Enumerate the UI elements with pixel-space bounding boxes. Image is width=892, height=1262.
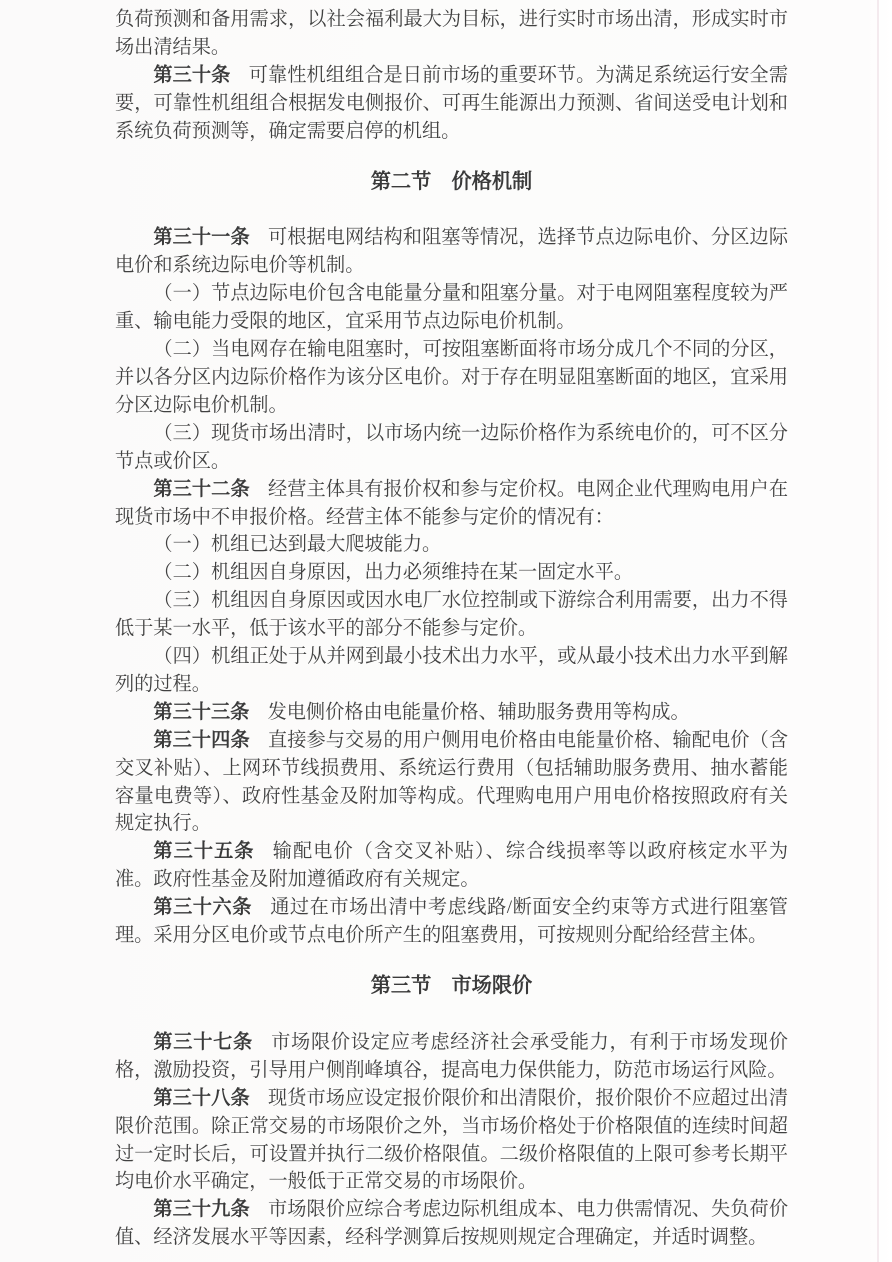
paragraph-text: （三）机组因自身原因或因水电厂水位控制或下游综合利用需要，出力不得低于某一水平，… [115, 590, 788, 639]
article-38: 第三十八条现货市场应设定报价限价和出清限价，报价限价不应超过出清限价范围。除正常… [115, 1085, 788, 1197]
article-37: 第三十七条市场限价设定应考虑经济社会承受能力，有利于市场发现价格，激励投资，引导… [115, 1029, 788, 1085]
paragraph-text: （二）机组因自身原因，出力必须维持在某一固定水平。 [153, 562, 633, 583]
article-31-item-1: （一）节点边际电价包含电能量分量和阻塞分量。对于电网阻塞程度较为严重、输电能力受… [115, 280, 788, 336]
article-number: 第三十二条 [153, 479, 249, 500]
paragraph-text: （三）现货市场出清时，以市场内统一边际价格作为系统电价的，可不区分节点或价区。 [115, 423, 788, 472]
article-32-item-4: （四）机组正处于从并网到最小技术出力水平，或从最小技术出力水平到解列的过程。 [115, 643, 788, 699]
article-36: 第三十六条通过在市场出清中考虑线路/断面安全约束等方式进行阻塞管理。采用分区电价… [115, 894, 788, 950]
section-3-heading: 第三节 市场限价 [115, 973, 788, 1001]
article-number: 第三十四条 [153, 730, 249, 751]
document-page: 负荷预测和备用需求，以社会福利最大为目标，进行实时市场出清，形成实时市场出清结果… [0, 0, 892, 1262]
article-number: 第三十九条 [153, 1199, 249, 1220]
article-32-item-3: （三）机组因自身原因或因水电厂水位控制或下游综合利用需要，出力不得低于某一水平，… [115, 587, 788, 643]
paragraph-text: （四）机组正处于从并网到最小技术出力水平，或从最小技术出力水平到解列的过程。 [115, 646, 788, 695]
paragraph-text: 发电侧价格由电能量价格、辅助服务费用等构成。 [268, 702, 690, 723]
article-31: 第三十一条可根据电网结构和阻塞等情况，选择节点边际电价、分区边际电价和系统边际电… [115, 224, 788, 280]
page-edge-line [877, 0, 879, 1262]
paragraph-text: （二）当电网存在输电阻塞时，可按阻塞断面将市场分成几个不同的分区，并以各分区内边… [115, 339, 788, 416]
article-31-item-3: （三）现货市场出清时，以市场内统一边际价格作为系统电价的，可不区分节点或价区。 [115, 420, 788, 476]
article-number: 第三十条 [153, 65, 230, 86]
article-30: 第三十条可靠性机组组合是日前市场的重要环节。为满足系统运行安全需要，可靠性机组组… [115, 62, 788, 146]
paragraph-text: （一）机组已达到最大爬坡能力。 [153, 534, 441, 555]
article-32-item-2: （二）机组因自身原因，出力必须维持在某一固定水平。 [115, 559, 788, 587]
paragraph-text: 负荷预测和备用需求，以社会福利最大为目标，进行实时市场出清，形成实时市场出清结果… [115, 9, 788, 58]
article-35: 第三十五条输配电价（含交叉补贴）、综合线损率等以政府核定水平为准。政府性基金及附… [115, 838, 788, 894]
article-32: 第三十二条经营主体具有报价权和参与定价权。电网企业代理购电用户在现货市场中不申报… [115, 476, 788, 532]
document-body: 负荷预测和备用需求，以社会福利最大为目标，进行实时市场出清，形成实时市场出清结果… [115, 6, 788, 1252]
article-number: 第三十三条 [153, 702, 249, 723]
article-number: 第三十五条 [153, 841, 254, 862]
article-33: 第三十三条发电侧价格由电能量价格、辅助服务费用等构成。 [115, 699, 788, 727]
article-31-item-2: （二）当电网存在输电阻塞时，可按阻塞断面将市场分成几个不同的分区，并以各分区内边… [115, 336, 788, 420]
article-number: 第三十六条 [153, 897, 252, 918]
article-number: 第三十七条 [153, 1032, 253, 1053]
article-39: 第三十九条市场限价应综合考虑边际机组成本、电力供需情况、失负荷价值、经济发展水平… [115, 1196, 788, 1252]
paragraph-text: （一）节点边际电价包含电能量分量和阻塞分量。对于电网阻塞程度较为严重、输电能力受… [115, 283, 788, 332]
article-34: 第三十四条直接参与交易的用户侧用电价格由电能量价格、输配电价（含交叉补贴）、上网… [115, 727, 788, 839]
article-number: 第三十八条 [153, 1088, 249, 1109]
article-number: 第三十一条 [153, 227, 249, 248]
para-continuation: 负荷预测和备用需求，以社会福利最大为目标，进行实时市场出清，形成实时市场出清结果… [115, 6, 788, 62]
article-32-item-1: （一）机组已达到最大爬坡能力。 [115, 531, 788, 559]
section-2-heading: 第二节 价格机制 [115, 169, 788, 197]
